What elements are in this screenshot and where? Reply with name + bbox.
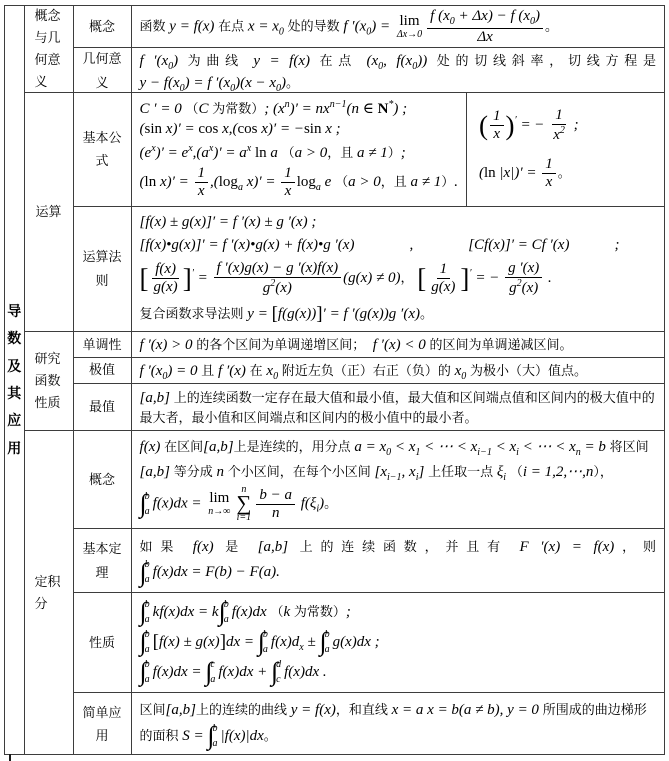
section-label-text: 研究函数性质 <box>35 348 63 414</box>
integral-concept-formula: f(x) 在区间[a,b]上是连续的，用分点 a = x0 < x1 < ⋯ <… <box>132 431 664 528</box>
row-label-extremum: 极值 <box>74 358 132 383</box>
row-label-basic-formulas: 基本公式 <box>74 93 132 206</box>
section-label-function-properties: 研究函数性质 <box>25 332 74 430</box>
row-label-text: 单调性 <box>83 333 122 356</box>
row-label-text: 性质 <box>89 631 115 654</box>
extremum-text: f ′(x0) = 0 且 f ′(x) 在 x0 附近左负（正）右正（负）的 … <box>132 358 664 383</box>
operation-rules-formula: [f(x) ± g(x)]′ = f ′(x) ± g ′(x) ;[f(x)•… <box>132 207 664 331</box>
section-concept-geometry: 概念与几何意义 概念 函数 y = f(x) 在点 x = x0 处的导数 f … <box>25 6 664 93</box>
integral-properties-formula: ∫bakf(x)dx = k∫baf(x)dx （k 为常数）;∫ba[f(x)… <box>132 593 664 692</box>
row-label-max-min: 最值 <box>74 384 132 430</box>
row-max-min: 最值 [a,b] 上的连续函数一定存在最大值和最小值，最大值和区间端点值和区间内… <box>74 384 664 430</box>
section-label-concept-geometry: 概念与几何意义 <box>25 6 74 92</box>
row-monotonicity: 单调性 f ′(x) > 0 的各个区间为单调递增区间； f ′(x) < 0 … <box>74 332 664 358</box>
row-basic-formulas: 基本公式 C ′ = 0 （C 为常数）; (xn)′ = nxn−1(n ∈ … <box>74 93 664 207</box>
row-label-integral-properties: 性质 <box>74 593 132 692</box>
row-fundamental-theorem: 基本定理 如果 f(x) 是 [a,b] 上的连续函数，并且有 F ′(x) =… <box>74 529 664 593</box>
row-label-integral-concept: 概念 <box>74 431 132 528</box>
row-label-text: 概念 <box>89 15 115 38</box>
row-concept: 概念 函数 y = f(x) 在点 x = x0 处的导数 f ′(x0) = … <box>74 6 664 48</box>
row-operation-rules: 运算法则 [f(x) ± g(x)]′ = f ′(x) ± g ′(x) ;[… <box>74 207 664 331</box>
row-label-geometric-meaning: 几何意义 <box>74 48 132 93</box>
stray-mark <box>9 754 11 761</box>
row-label-monotonicity: 单调性 <box>74 332 132 357</box>
row-label-text: 基本公式 <box>79 126 125 173</box>
row-label-operation-rules: 运算法则 <box>74 207 132 331</box>
table-title: 导数及其应用 <box>6 298 22 462</box>
row-geometric-meaning: 几何意义 f ′(x0) 为曲线 y = f(x) 在点 (x0, f(x0))… <box>74 48 664 93</box>
simple-application-formula: 区间[a,b]上的连续的曲线 y = f(x)，和直线 x = a x = b(… <box>132 693 664 755</box>
row-integral-properties: 性质 ∫bakf(x)dx = k∫baf(x)dx （k 为常数）;∫ba[f… <box>74 593 664 693</box>
section-function-properties: 研究函数性质 单调性 f ′(x) > 0 的各个区间为单调递增区间； f ′(… <box>25 332 664 431</box>
derivatives-table: 导数及其应用 概念与几何意义 概念 函数 y = f(x) 在点 x = x0 … <box>4 5 665 755</box>
row-extremum: 极值 f ′(x0) = 0 且 f ′(x) 在 x0 附近左负（正）右正（负… <box>74 358 664 384</box>
page: 导数及其应用 概念与几何意义 概念 函数 y = f(x) 在点 x = x0 … <box>0 0 669 761</box>
section-label-definite-integral: 定积分 <box>25 431 74 755</box>
row-label-fundamental-theorem: 基本定理 <box>74 529 132 592</box>
row-label-text: 运算法则 <box>79 245 125 292</box>
row-integral-concept: 概念 f(x) 在区间[a,b]上是连续的，用分点 a = x0 < x1 < … <box>74 431 664 529</box>
row-label-concept: 概念 <box>74 6 132 47</box>
section-operations: 运算 基本公式 C ′ = 0 （C 为常数）; (xn)′ = nxn−1(n… <box>25 93 664 332</box>
monotonicity-text: f ′(x) > 0 的各个区间为单调递增区间； f ′(x) < 0 的区间为… <box>132 332 664 357</box>
max-min-text: [a,b] 上的连续函数一定存在最大值和最小值，最大值和区间端点值和区间内的极大… <box>132 384 664 430</box>
table-body: 概念与几何意义 概念 函数 y = f(x) 在点 x = x0 处的导数 f … <box>25 6 664 754</box>
row-label-text: 简单应用 <box>79 701 125 748</box>
row-simple-application: 简单应用 区间[a,b]上的连续的曲线 y = f(x)，和直线 x = a x… <box>74 693 664 755</box>
row-label-simple-application: 简单应用 <box>74 693 132 755</box>
basic-formulas-side: (1x)′ = − 1x2 ;(ln |x|)′ = 1x。 <box>467 93 664 206</box>
section-label-text: 概念与几何意义 <box>35 5 63 93</box>
row-header-column: 导数及其应用 <box>5 6 25 754</box>
row-label-text: 最值 <box>89 395 115 418</box>
section-label-text: 运算 <box>36 201 62 223</box>
row-label-text: 几何意义 <box>79 47 125 94</box>
fundamental-theorem-formula: 如果 f(x) 是 [a,b] 上的连续函数，并且有 F ′(x) = f(x)… <box>132 529 664 592</box>
section-label-text: 定积分 <box>35 571 63 615</box>
section-label-operations: 运算 <box>25 93 74 331</box>
basic-formulas-main: C ′ = 0 （C 为常数）; (xn)′ = nxn−1(n ∈ N*) ;… <box>132 93 467 206</box>
row-label-text: 基本定理 <box>79 537 125 584</box>
row-label-text: 概念 <box>89 468 115 491</box>
geometric-meaning-formula: f ′(x0) 为曲线 y = f(x) 在点 (x0, f(x0)) 处的切线… <box>132 48 664 93</box>
row-label-text: 极值 <box>89 358 115 381</box>
section-definite-integral: 定积分 概念 f(x) 在区间[a,b]上是连续的，用分点 a = x0 < x… <box>25 431 664 755</box>
concept-formula: 函数 y = f(x) 在点 x = x0 处的导数 f ′(x0) = lim… <box>132 6 664 47</box>
